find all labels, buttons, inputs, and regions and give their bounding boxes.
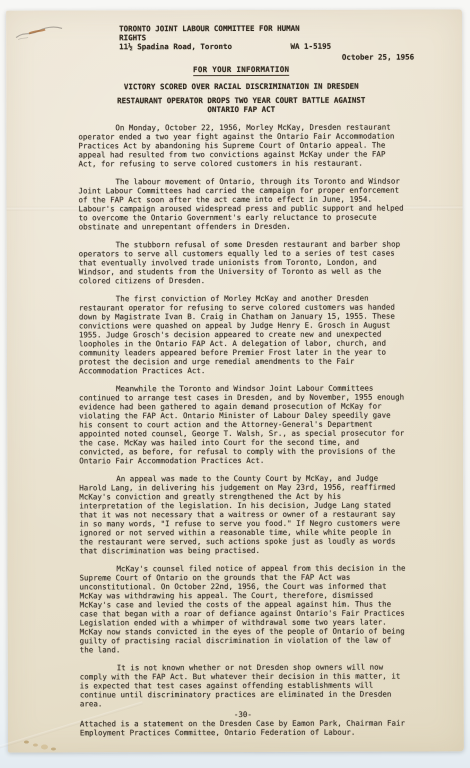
subheadline: RESTAURANT OPERATOR DROPS TWO YEAR COURT…: [78, 96, 404, 115]
document-paragraph: On Monday, October 22, 1956, Morley McKa…: [78, 123, 404, 169]
document-paragraph: An appeal was made to the County Court b…: [79, 474, 405, 556]
closing-note: Attached is a statement on the Dresden C…: [80, 719, 406, 738]
notice-line: FOR YOUR INFORMATION: [78, 65, 404, 75]
date-line: October 25, 1956: [78, 53, 414, 63]
document-paragraph: The first conviction of Morley McKay and…: [79, 294, 405, 376]
notice-underlined-text: FOR YOUR INFORMATION: [193, 65, 289, 76]
phone-number: WA 1-5195: [290, 42, 331, 51]
subheadline-line-1: RESTAURANT OPERATOR DROPS TWO YEAR COURT…: [78, 96, 404, 106]
document-paragraph: The stubborn refusal of some Dresden res…: [79, 240, 405, 286]
address-line: 11½ Spadina Road, Toronto: [119, 42, 232, 51]
document-paragraph: It is not known whether or not Dresden s…: [80, 663, 406, 709]
document-paragraph: The labour movement of Ontario, through …: [78, 177, 404, 232]
document-paper: TORONTO JOINT LABOUR COMMITTEE FOR HUMAN…: [6, 9, 464, 752]
letterhead: TORONTO JOINT LABOUR COMMITTEE FOR HUMAN…: [119, 24, 331, 52]
document-paragraph: McKay's counsel filed notice of appeal f…: [79, 564, 405, 655]
organization-name: TORONTO JOINT LABOUR COMMITTEE FOR HUMAN…: [119, 24, 331, 43]
document-paragraph: Meanwhile the Toronto and Windsor Joint …: [79, 384, 405, 466]
subheadline-line-2: ONTARIO FAP ACT: [78, 105, 404, 115]
document-body: TORONTO JOINT LABOUR COMMITTEE FOR HUMAN…: [78, 24, 406, 738]
scan-background: { "colors":{ "scan_background":"#f4f5f4"…: [0, 0, 470, 768]
headline: VICTORY SCORED OVER RACIAL DISCRIMINATIO…: [78, 82, 404, 92]
stain-mark: [24, 741, 29, 744]
pencil-mark: [14, 21, 66, 43]
